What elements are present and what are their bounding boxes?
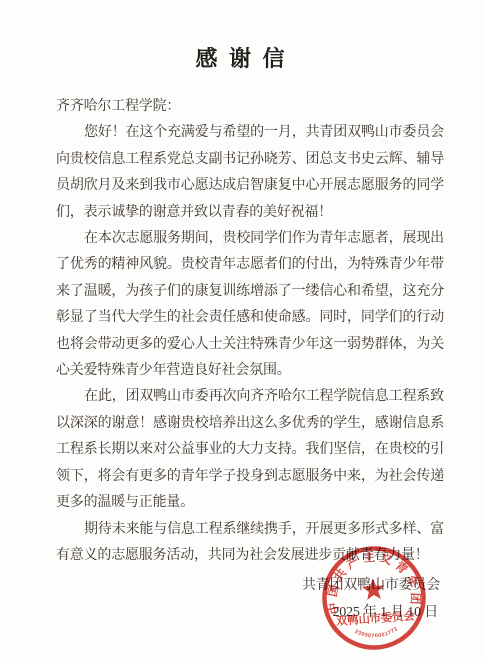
- svg-text:2305070001773: 2305070001773: [353, 626, 399, 641]
- seal-band-text: 双鸭山市委员会: [336, 608, 416, 628]
- paragraph-3: 在此，团双鸭山市委再次向齐齐哈尔工程学院信息工程系致以深深的谢意！感谢贵校培养出…: [56, 384, 444, 516]
- seal-serial-number: 2305070001773: [353, 626, 399, 641]
- letter-title: 感 谢 信: [0, 42, 483, 73]
- paragraph-2: 在本次志愿服务期间，贵校同学们作为青年志愿者，展现出了优秀的精神风貌。贵校青年志…: [56, 226, 444, 384]
- official-seal-stamp: 中国共产主义青年团 双鸭山市委员会 2305070001773: [320, 544, 428, 652]
- salutation: 齐齐哈尔工程学院：: [56, 94, 444, 120]
- seal-star-icon: [361, 577, 385, 600]
- letter-page: 感 谢 信 齐齐哈尔工程学院： 您好！在这个充满爱与希望的一月，共青团双鸭山市委…: [0, 0, 483, 661]
- paragraph-1: 您好！在这个充满爱与希望的一月，共青团双鸭山市委员会向贵校信息工程系党总支副书记…: [56, 120, 444, 226]
